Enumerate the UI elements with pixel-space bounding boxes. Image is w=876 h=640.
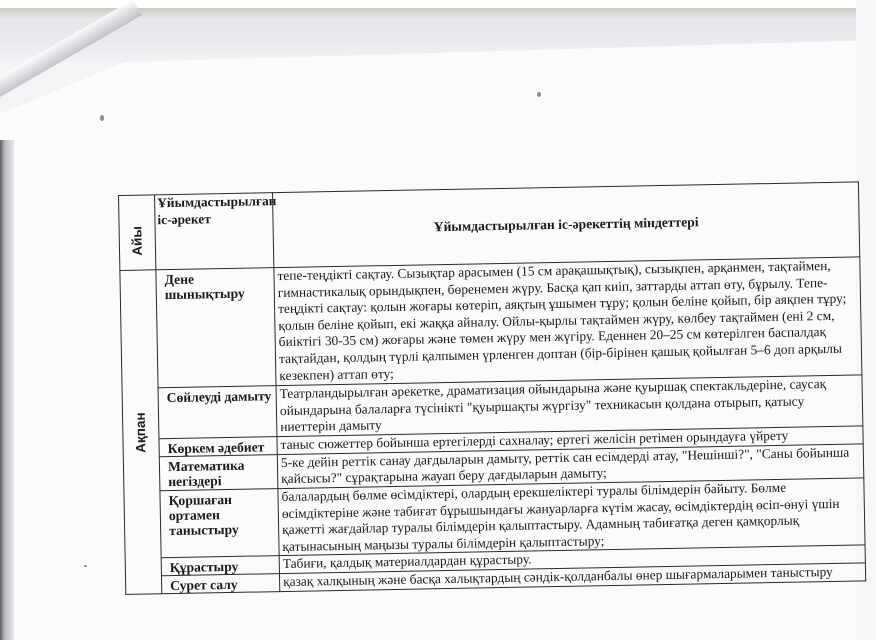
header-month: Айы [119, 195, 156, 271]
dust-speck [84, 565, 87, 567]
activity-cell: Математика негіздері [159, 454, 278, 490]
plan-document: Айы Ұйымдастырылған іс-әрекет Ұйымдастыр… [118, 181, 865, 595]
page-left-edge-shadow [0, 140, 14, 640]
activity-cell: Құрастыру [161, 556, 279, 576]
task-cell: балалардың бөлме өсімдіктері, олардың ер… [278, 478, 865, 556]
task-cell: тепе-теңдікті сақтау. Сызықтар арасымен … [274, 257, 862, 386]
header-tasks: Ұйымдастырылған іс-әрекеттің міндеттері [272, 182, 859, 268]
activity-cell: Сөйлеуді дамыту [158, 386, 277, 439]
activity-plan-table: Айы Ұйымдастырылған іс-әрекет Ұйымдастыр… [118, 181, 866, 595]
dust-speck [537, 92, 541, 97]
month-label: Ақпан [132, 412, 149, 453]
activity-cell: Көркем әдебиет [159, 436, 277, 456]
month-cell: Ақпан [120, 270, 162, 595]
dust-speck [100, 115, 104, 121]
activity-cell: Қоршаған ортамен таныстыру [160, 489, 279, 559]
activity-cell: Дене шынықтыру [156, 268, 276, 388]
table-row: Ақпан Дене шынықтыру тепе-теңдікті сақта… [120, 257, 862, 389]
activity-cell: Сурет салу [161, 574, 279, 594]
header-month-label: Айы [129, 226, 146, 256]
header-activity: Ұйымдастырылған іс-әрекет [155, 193, 274, 270]
table-header-row: Айы Ұйымдастырылған іс-әрекет Ұйымдастыр… [119, 182, 860, 271]
